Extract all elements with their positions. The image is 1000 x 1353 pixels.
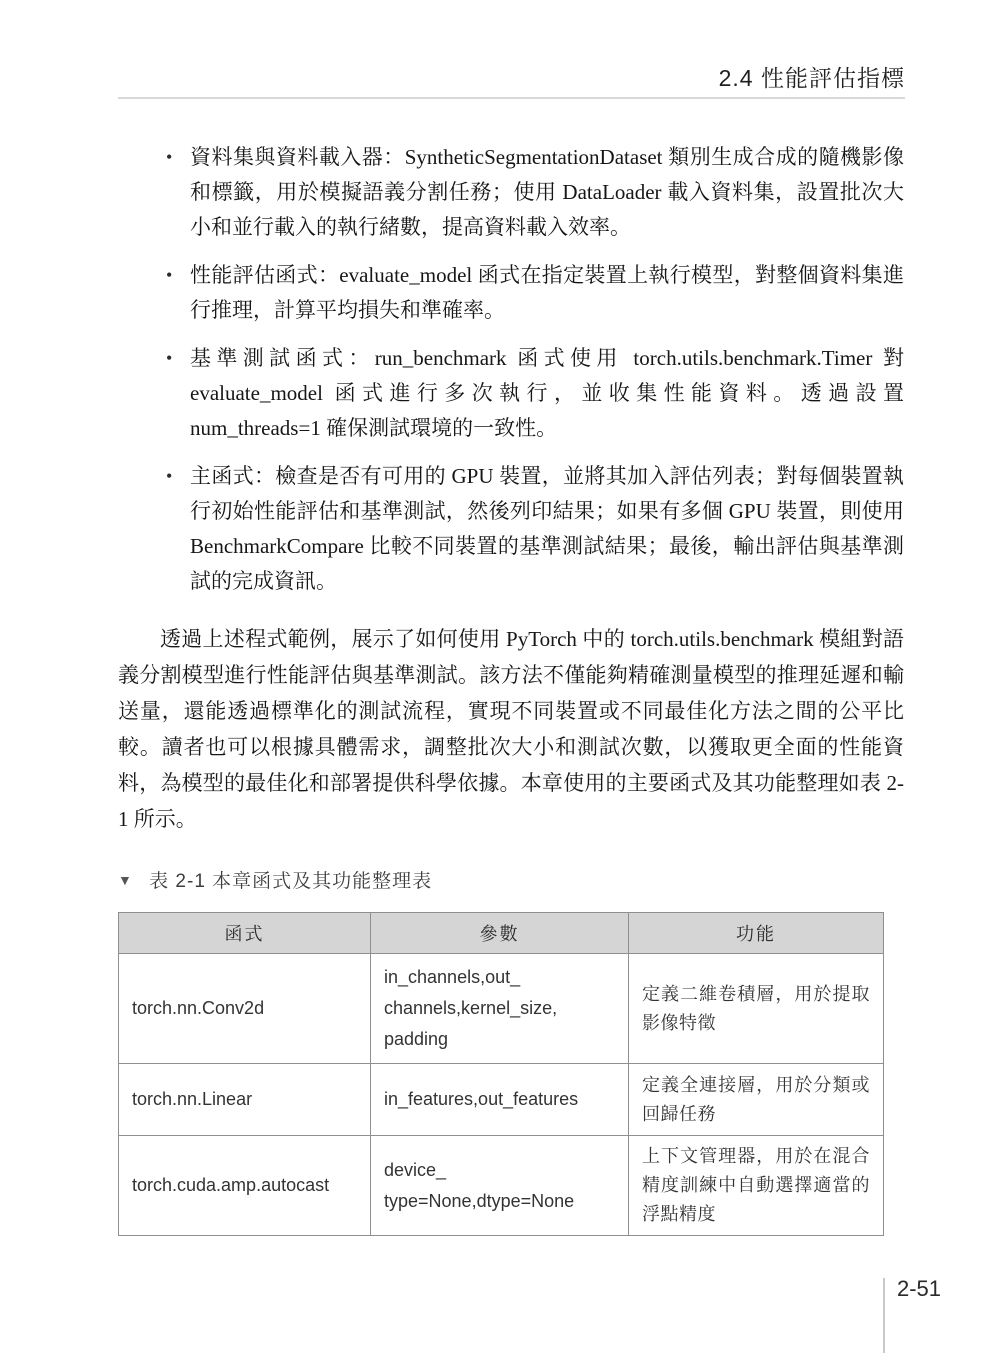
table-header-row: 函式 參數 功能 — [119, 913, 884, 954]
bullet-icon: • — [166, 140, 172, 175]
bullet-text: 性能評估函式：evaluate_model 函式在指定裝置上執行模型，對整個資料… — [190, 263, 904, 322]
bullet-icon: • — [166, 341, 172, 376]
bullet-icon: • — [166, 258, 172, 293]
bullet-item: • 性能評估函式：evaluate_model 函式在指定裝置上執行模型，對整個… — [118, 258, 904, 328]
cell-params: in_features,out_features — [371, 1064, 629, 1136]
cell-description: 定義全連接層，用於分類或回歸任務 — [629, 1064, 884, 1136]
table-row: torch.nn.Linear in_features,out_features… — [119, 1064, 884, 1136]
cell-function: torch.nn.Conv2d — [119, 954, 371, 1064]
page-header-title: 2.4 性能評估指標 — [719, 60, 905, 93]
functions-table: 函式 參數 功能 torch.nn.Conv2d in_channels,out… — [118, 912, 884, 1236]
body-paragraph: 透過上述程式範例，展示了如何使用 PyTorch 中的 torch.utils.… — [118, 621, 904, 837]
bullet-text: 基準測試函式：run_benchmark 函式使用 torch.utils.be… — [190, 346, 904, 440]
cell-description: 定義二維卷積層，用於提取影像特徵 — [629, 954, 884, 1064]
cell-function: torch.cuda.amp.autocast — [119, 1136, 371, 1236]
cell-params: device_ type=None,dtype=None — [371, 1136, 629, 1236]
book-page: 2.4 性能評估指標 • 資料集與資料載入器：SyntheticSegmenta… — [0, 0, 1000, 1353]
cell-params: in_channels,out_ channels,kernel_size, p… — [371, 954, 629, 1064]
header-rule — [118, 97, 905, 99]
bullet-list: • 資料集與資料載入器：SyntheticSegmentationDataset… — [118, 140, 904, 612]
bullet-item: • 資料集與資料載入器：SyntheticSegmentationDataset… — [118, 140, 904, 245]
table-header-params: 參數 — [371, 913, 629, 954]
table-row: torch.cuda.amp.autocast device_ type=Non… — [119, 1136, 884, 1236]
bullet-icon: • — [166, 459, 172, 494]
table-caption: ▼ 表 2-1 本章函式及其功能整理表 — [118, 866, 904, 893]
bullet-item: • 基準測試函式：run_benchmark 函式使用 torch.utils.… — [118, 341, 904, 446]
footer-divider — [883, 1278, 885, 1353]
cell-function: torch.nn.Linear — [119, 1064, 371, 1136]
table-row: torch.nn.Conv2d in_channels,out_ channel… — [119, 954, 884, 1064]
table-header-feature: 功能 — [629, 913, 884, 954]
page-number: 2-51 — [897, 1276, 941, 1302]
caption-text: 表 2-1 本章函式及其功能整理表 — [149, 871, 432, 892]
bullet-item: • 主函式：檢查是否有可用的 GPU 裝置，並將其加入評估列表；對每個裝置執行初… — [118, 459, 904, 599]
table-header-function: 函式 — [119, 913, 371, 954]
caption-triangle-icon: ▼ — [118, 872, 133, 888]
bullet-text: 資料集與資料載入器：SyntheticSegmentationDataset 類… — [190, 145, 904, 239]
cell-description: 上下文管理器，用於在混合精度訓練中自動選擇適當的浮點精度 — [629, 1136, 884, 1236]
bullet-text: 主函式：檢查是否有可用的 GPU 裝置，並將其加入評估列表；對每個裝置執行初始性… — [190, 464, 904, 593]
